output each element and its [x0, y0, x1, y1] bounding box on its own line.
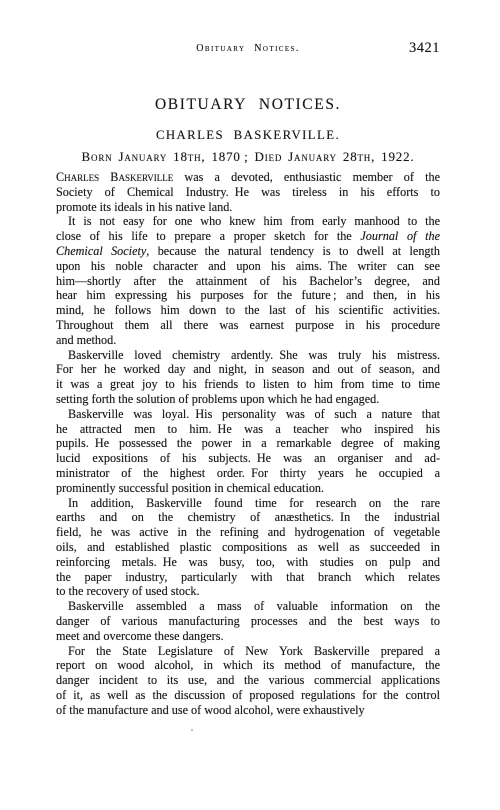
text-line: it was a great joy to his friends to lis…: [56, 377, 440, 392]
running-header: Obituary Notices. 3421: [56, 43, 440, 59]
article-body: Charles Baskerville was a devoted, enthu…: [56, 170, 440, 717]
text-line: report on wood alcohol, in which its met…: [56, 658, 440, 673]
text-line: danger incident to its use, and the vari…: [56, 673, 440, 688]
journal-page: Obituary Notices. 3421 OBITUARY NOTICES.…: [0, 0, 500, 810]
text-line: In addition, Baskerville found time for …: [56, 496, 440, 511]
text-line: upon his noble character and upon his ai…: [56, 259, 440, 274]
text-line: meet and overcome these dangers.: [56, 629, 440, 644]
text-line: For the State Legislature of New York Ba…: [56, 644, 440, 659]
text-line: earths and on the chemistry of anæstheti…: [56, 510, 440, 525]
text-line: Throughout them all there was earnest pu…: [56, 318, 440, 333]
text-line: to the recovery of used stock.: [56, 584, 440, 599]
text-line: oils, and established plastic compositio…: [56, 540, 440, 555]
text-line: the paper industry, particularly with th…: [56, 570, 440, 585]
text-line: of the manufacture and use of wood alcoh…: [56, 703, 440, 718]
text-line: lucid expositions of his subjects. He wa…: [56, 451, 440, 466]
text-line: pupils. He possessed the power in a rema…: [56, 436, 440, 451]
text-line: For her he worked day and night, in seas…: [56, 362, 440, 377]
text-line: setting forth the solution of problems u…: [56, 392, 440, 407]
running-header-title: Obituary Notices.: [56, 43, 440, 54]
text-line: Baskerville assembled a mass of valuable…: [56, 599, 440, 614]
text-line: Charles Baskerville was a devoted, enthu…: [56, 170, 440, 185]
section-title: OBITUARY NOTICES.: [56, 96, 440, 114]
text-line: prominently successful position in chemi…: [56, 481, 440, 496]
text-line: close of his life to prepare a proper sk…: [56, 229, 440, 244]
text-line: It is not easy for one who knew him from…: [56, 214, 440, 229]
text-line: field, he was active in the refining and…: [56, 525, 440, 540]
text-line: promote its ideals in his native land.: [56, 200, 440, 215]
text-line: Baskerville loved chemistry ardently. Sh…: [56, 348, 440, 363]
text-line: Baskerville was loyal. His personality w…: [56, 407, 440, 422]
text-line: Society of Chemical Industry. He was tir…: [56, 185, 440, 200]
page-number: 3421: [409, 40, 440, 57]
text-line: hear him expressing his purposes for the…: [56, 288, 440, 303]
scan-speck: [191, 729, 193, 731]
text-line: him—shortly after the attainment of his …: [56, 274, 440, 289]
text-line: of it, as well as the discussion of prop…: [56, 688, 440, 703]
text-line: he attracted men to him. He was a teache…: [56, 422, 440, 437]
text-line: and method.: [56, 333, 440, 348]
text-line: Chemical Society, because the natural te…: [56, 244, 440, 259]
text-line: danger of various manufacturing processe…: [56, 614, 440, 629]
text-line: mind, he follows him down to the last of…: [56, 303, 440, 318]
text-line: reinforcing metals. He was busy, too, wi…: [56, 555, 440, 570]
birth-death-dates: Born January 18th, 1870 ; Died January 2…: [36, 149, 460, 165]
deceased-name-heading: CHARLES BASKERVILLE.: [56, 128, 440, 143]
text-line: ministrator of the highest order. For th…: [56, 466, 440, 481]
